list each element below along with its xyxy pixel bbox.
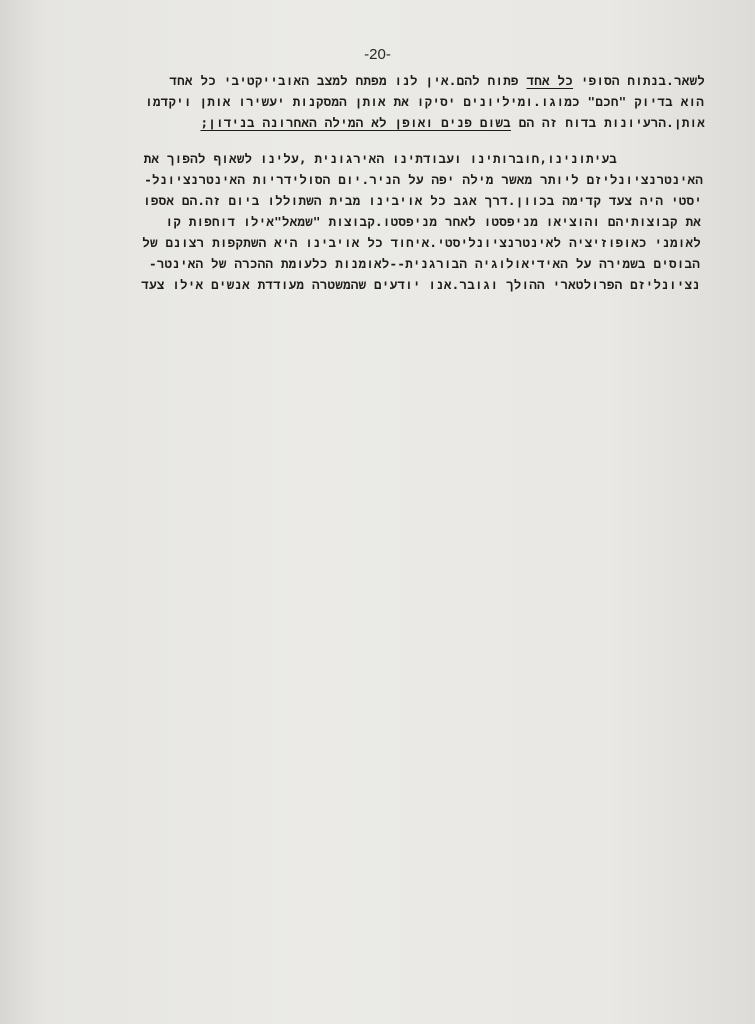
text-run: אותן.הרעיונות בדוח זה הם bbox=[511, 115, 705, 130]
paragraph-2-line-3: יסטי היה צעד קדימה בכוון.דרך אגב כל אויב… bbox=[143, 190, 702, 211]
text-run: לשאר.בנתוח הסופי bbox=[573, 73, 705, 88]
paragraph-2-line-2: האינטרנציונליזם ליותר מאשר מילה יפה על ה… bbox=[144, 169, 703, 190]
page-number: -20- bbox=[0, 46, 755, 63]
paragraph-2-line-4: את קבוצותיהם והוציאו מניפסטו לאחר מניפסט… bbox=[165, 211, 701, 232]
document-page: -20- לשאר.בנתוח הסופי כל אחד פתוח להם.אי… bbox=[0, 0, 755, 1024]
paragraph-2-line-7: נציונליזם הפרולטארי ההולך וגובר.אנו יודע… bbox=[141, 274, 700, 295]
paragraph-1-line-2: הוא בדיוק "חכם" כמוגו.ומיליונים יסיקו את… bbox=[145, 91, 704, 112]
paragraph-2-line-1: בעיתונינו,חוברותינו ועבודתינו האירגונית … bbox=[144, 148, 617, 169]
underlined-text: כל אחד bbox=[526, 73, 573, 88]
paragraph-1-line-3: אותן.הרעיונות בדוח זה הם בשום פנים ואופן… bbox=[200, 112, 705, 133]
paragraph-1-line-1: לשאר.בנתוח הסופי כל אחד פתוח להם.אין לנו… bbox=[169, 70, 705, 91]
paragraph-2-line-5: לאומני כאופוזיציה לאינטרנציונליסטי.איחוד… bbox=[142, 232, 701, 253]
paragraph-2-line-6: הבוסים בשמירה על האידיאולוגיה הבורגנית--… bbox=[149, 253, 700, 274]
text-run: פתוח להם.אין לנו מפתח למצב האובייקטיבי כ… bbox=[169, 73, 526, 88]
underlined-text: בשום פנים ואופן לא המילה האחרונה בנידון; bbox=[200, 115, 510, 130]
